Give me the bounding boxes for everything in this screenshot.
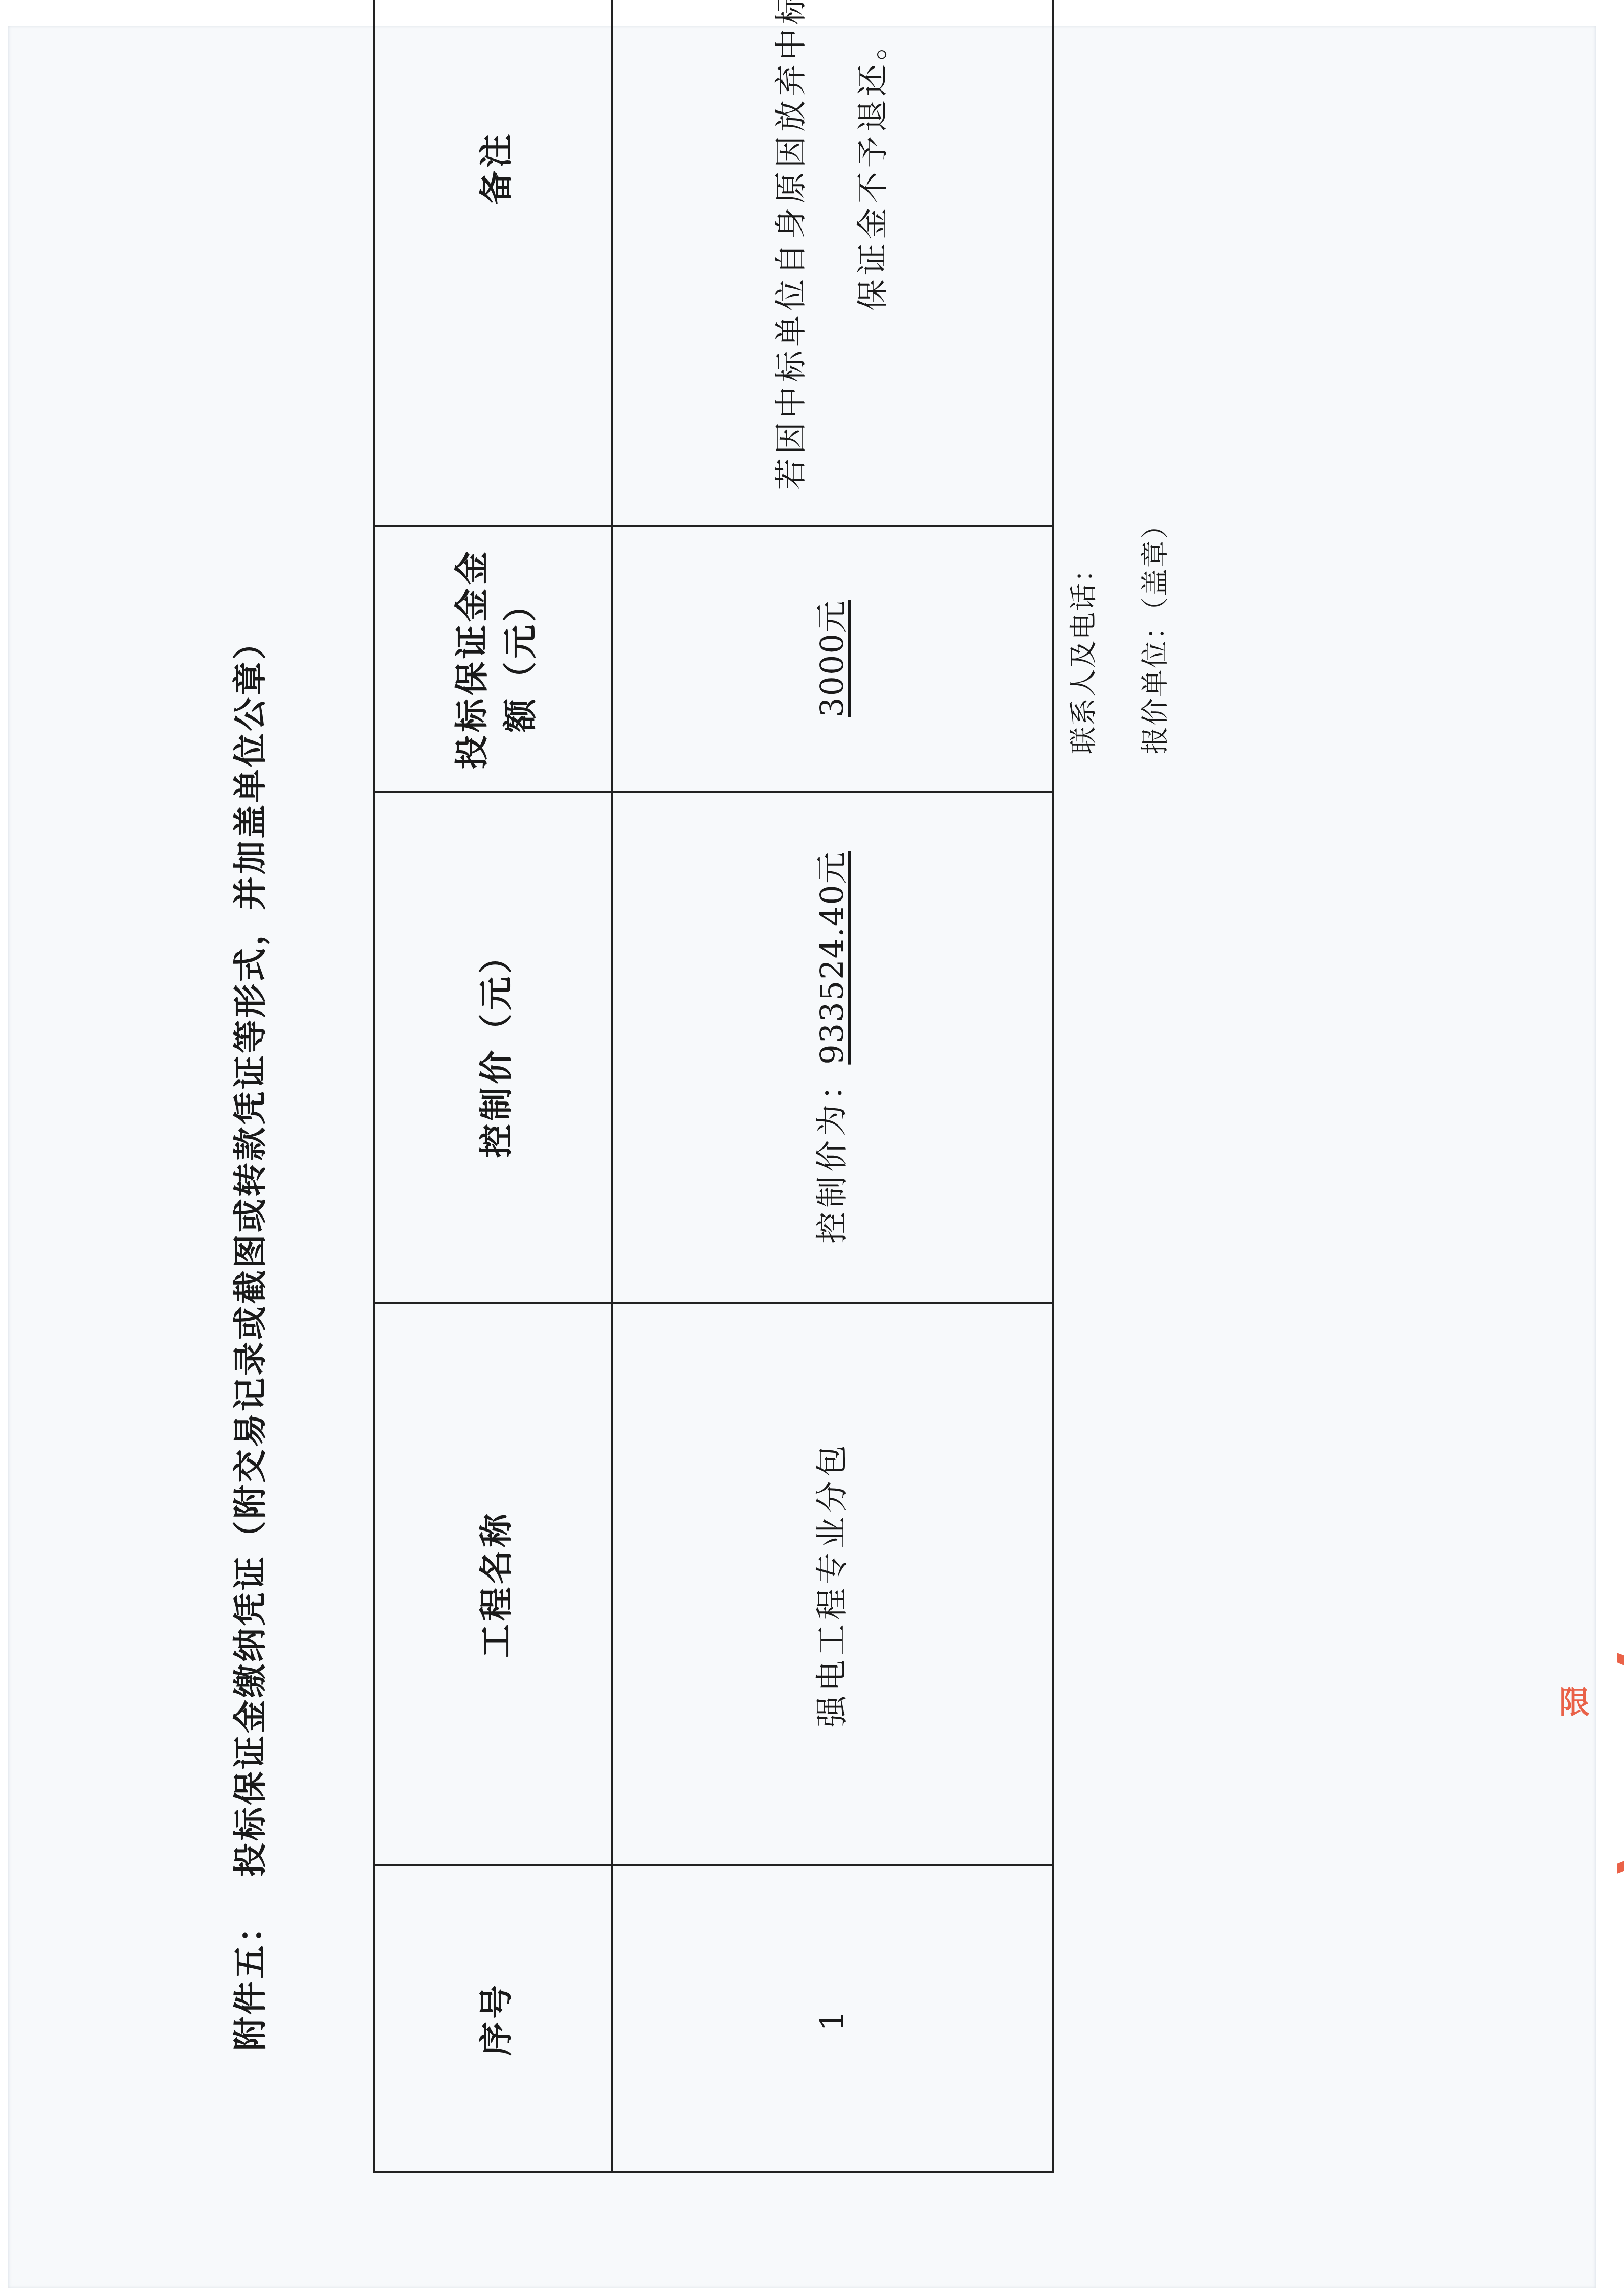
deposit-value: 3000: [813, 633, 851, 717]
rotated-page-content: 附件五：投标保证金缴纳凭证（附交易记录或截图或转款凭证等形式，并加盖单位公章） …: [8, 26, 1596, 2288]
unit-label: 报价单位：: [1139, 611, 1171, 754]
header-control-price: 控制价（元）: [374, 792, 612, 1303]
control-price-label: 控制价为：: [813, 1065, 851, 1244]
title-text: 投标保证金缴纳凭证（附交易记录或截图或转款凭证等形式，并加盖单位公章）: [230, 624, 270, 1877]
unit-line: 报价单位：（盖章）: [1133, 510, 1173, 754]
header-remark: 备注: [374, 0, 612, 526]
contact-line: 联系人及电话：: [1062, 554, 1101, 754]
cell-control-price: 控制价为：933524.40元: [612, 792, 1053, 1303]
attachment-label: 附件五：: [230, 1907, 270, 2051]
header-project-name: 工程名称: [374, 1303, 612, 1865]
stamp-note: （盖章）: [1139, 510, 1171, 611]
control-price-value: 933524.40: [813, 884, 851, 1064]
cell-project-name: 强电工程专业分包: [612, 1303, 1053, 1865]
header-deposit-amount: 投标保证金金额（元）: [374, 526, 612, 792]
deposit-unit: 元: [813, 600, 851, 633]
deposit-table: 序号 工程名称 控制价（元） 投标保证金金额（元） 备注 1 强电工程专业分包 …: [373, 0, 1054, 2173]
header-index: 序号: [374, 1865, 612, 2172]
cell-index: 1: [612, 1865, 1053, 2172]
control-price-unit: 元: [813, 851, 851, 884]
cell-remark: 若因中标单位自身原因放弃中标资格的，保证金不予退还。: [612, 0, 1053, 526]
page-title: 附件五：投标保证金缴纳凭证（附交易记录或截图或转款凭证等形式，并加盖单位公章）: [223, 624, 272, 2051]
table-row: 1 强电工程专业分包 控制价为：933524.40元 3000元 若因中标单位自…: [612, 0, 1053, 2172]
company-seal-text: 限: [1554, 1672, 1595, 1734]
table-header-row: 序号 工程名称 控制价（元） 投标保证金金额（元） 备注: [374, 0, 612, 2172]
cell-deposit-amount: 3000元: [612, 526, 1053, 792]
